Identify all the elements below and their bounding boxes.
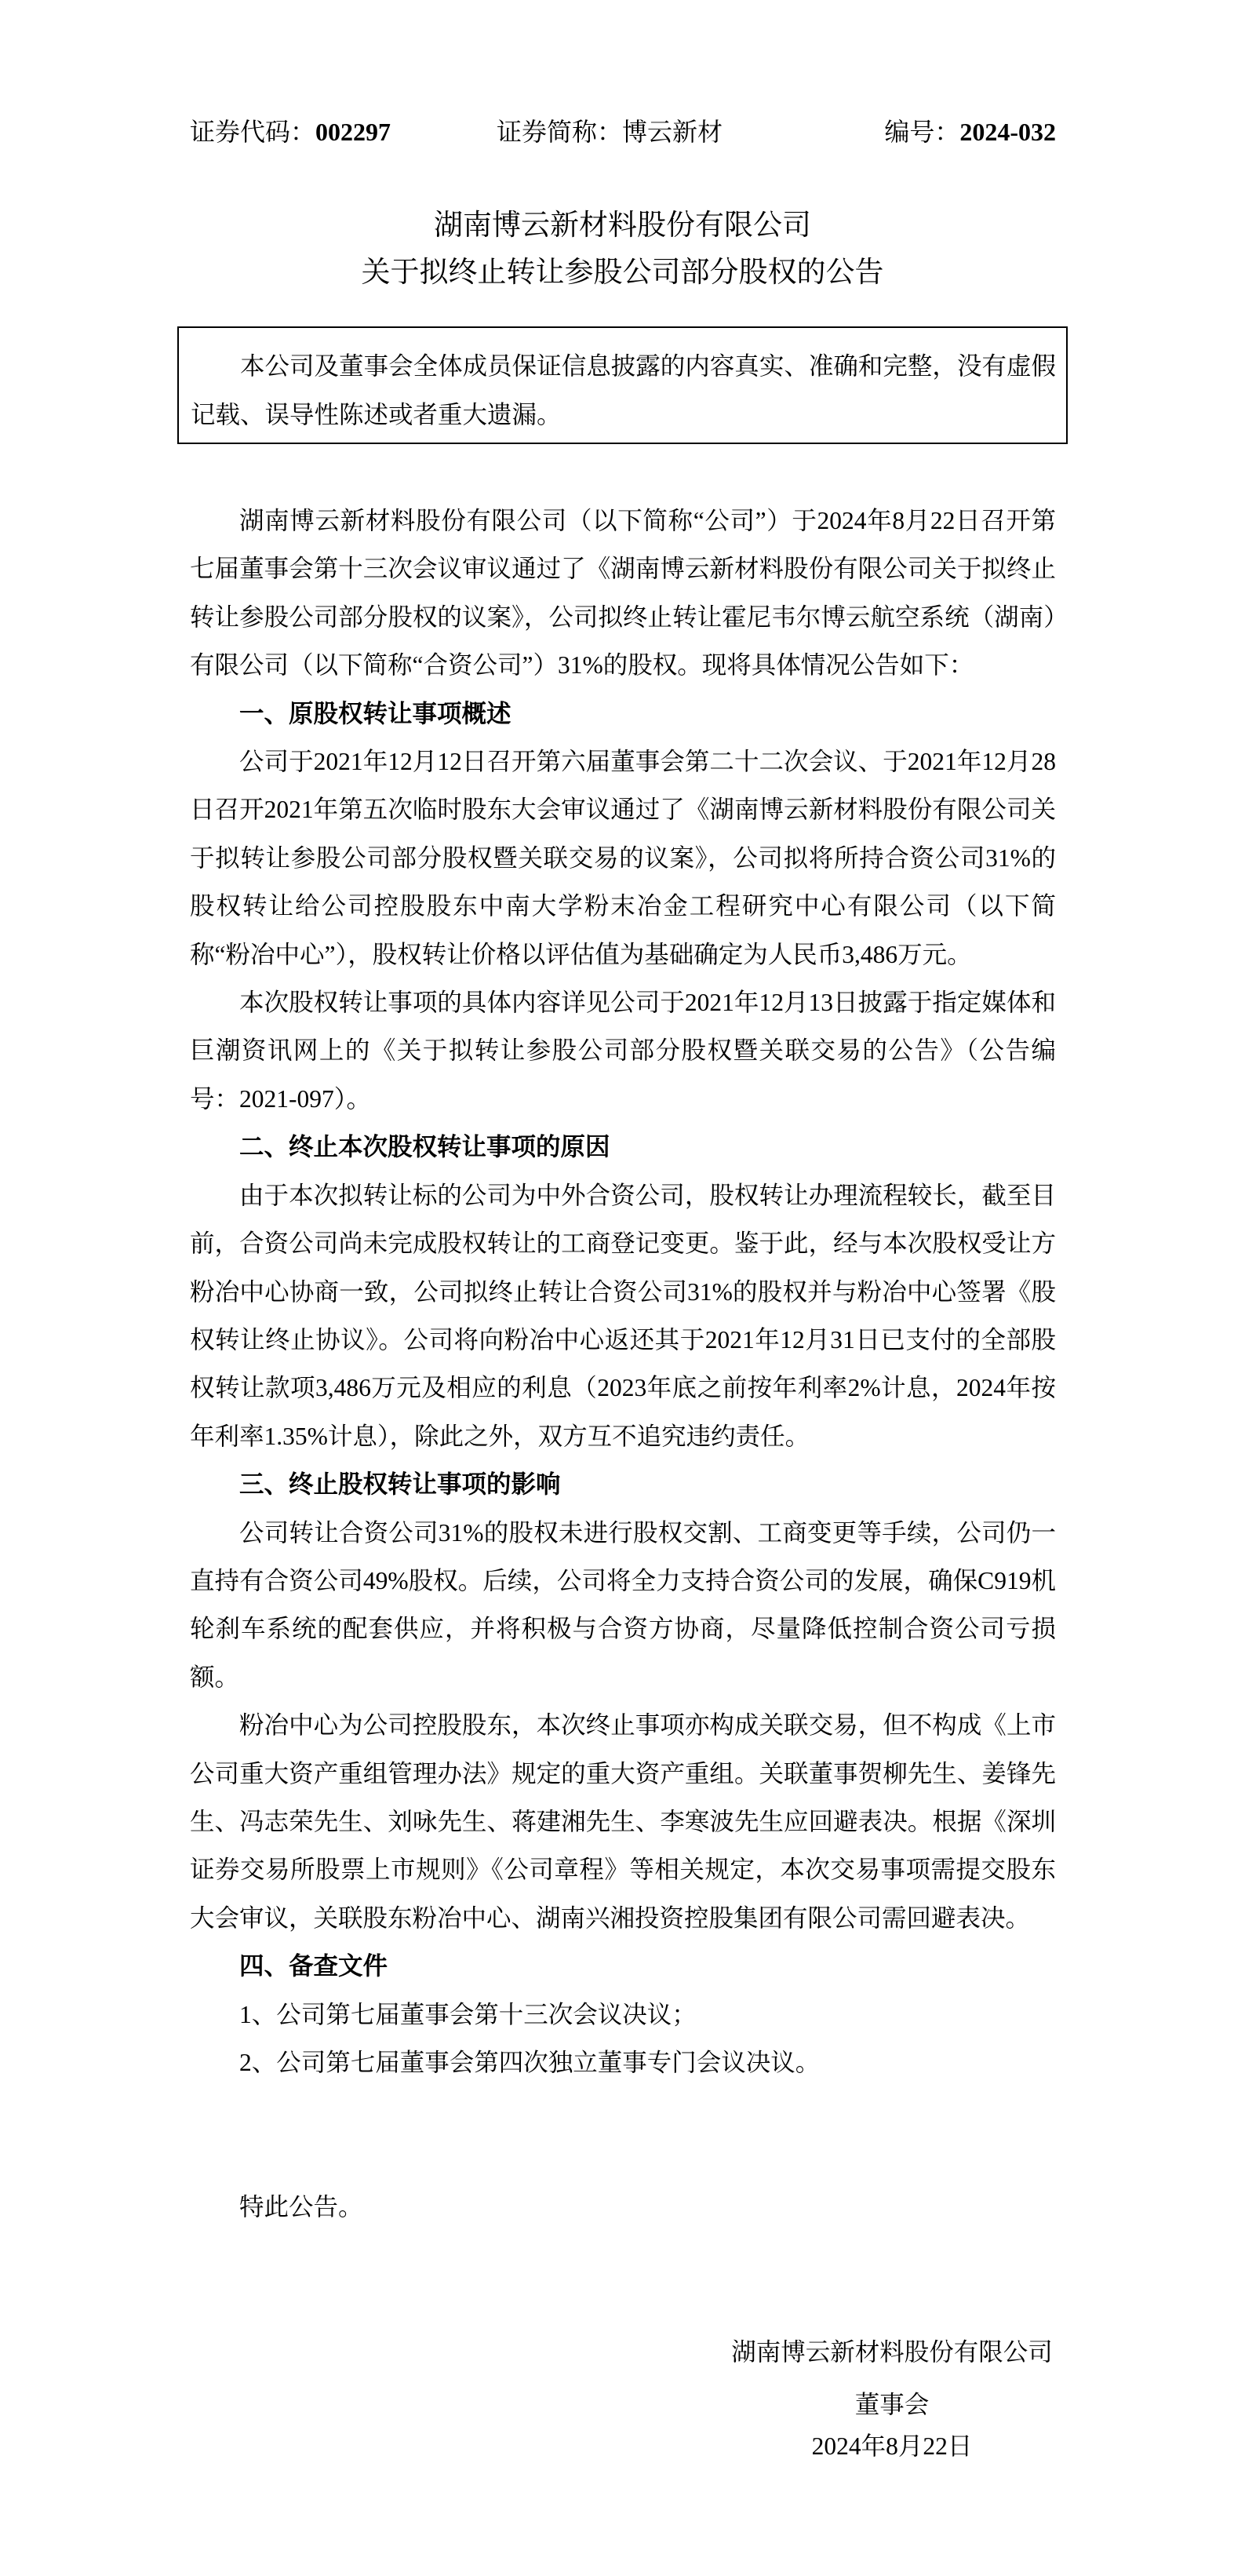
- security-code-value: 002297: [315, 118, 391, 146]
- signature-company: 湖南博云新材料股份有限公司: [730, 2337, 1054, 2368]
- reference-document-1: 1、公司第七届董事会第十三次会议决议；: [190, 1991, 1056, 2039]
- security-abbreviation-value: 博云新材: [622, 118, 723, 146]
- signature-date: 2024年8月22日: [730, 2431, 1054, 2462]
- security-abbreviation-label: 证券简称：: [497, 118, 622, 146]
- announcement-body: 湖南博云新材料股份有限公司（以下简称“公司”）于2024年8月22日召开第七届董…: [190, 497, 1056, 2232]
- section-1-paragraph-2: 本次股权转让事项的具体内容详见公司于2021年12月13日披露于指定媒体和巨潮资…: [190, 978, 1056, 1123]
- intro-paragraph: 湖南博云新材料股份有限公司（以下简称“公司”）于2024年8月22日召开第七届董…: [190, 497, 1056, 690]
- section-heading-3: 三、终止股权转让事项的影响: [190, 1460, 1056, 1508]
- section-3-paragraph-1: 公司转让合资公司31%的股权未进行股权交割、工商变更等手续，公司仍一直持有合资公…: [190, 1509, 1056, 1702]
- security-code: 证券代码：002297: [190, 115, 391, 149]
- disclaimer-text: 本公司及董事会全体成员保证信息披露的内容真实、准确和完整，没有虚假记载、误导性陈…: [191, 342, 1056, 439]
- document-header: 证券代码：002297 证券简称：博云新材 编号：2024-032: [190, 115, 1056, 149]
- section-2-paragraph-1: 由于本次拟转让标的公司为中外合资公司，股权转让办理流程较长，截至目前，合资公司尚…: [190, 1171, 1056, 1460]
- security-abbreviation: 证券简称：博云新材: [497, 115, 723, 149]
- reference-document-2: 2、公司第七届董事会第四次独立董事专门会议决议。: [190, 2039, 1056, 2086]
- disclaimer-box: 本公司及董事会全体成员保证信息披露的内容真实、准确和完整，没有虚假记载、误导性陈…: [177, 326, 1068, 444]
- announcement-number-value: 2024-032: [959, 118, 1056, 146]
- security-code-label: 证券代码：: [190, 118, 315, 146]
- closing-statement: 特此公告。: [190, 2183, 1056, 2231]
- announcement-number-label: 编号：: [884, 118, 959, 146]
- company-title: 湖南博云新材料股份有限公司: [0, 207, 1245, 245]
- announcement-number: 编号：2024-032: [884, 115, 1056, 149]
- section-heading-1: 一、原股权转让事项概述: [190, 690, 1056, 738]
- spacer: [190, 2086, 1056, 2183]
- announcement-page: 证券代码：002297 证券简称：博云新材 编号：2024-032 湖南博云新材…: [0, 0, 1245, 2576]
- section-heading-2: 二、终止本次股权转让事项的原因: [190, 1123, 1056, 1171]
- signature-board: 董事会: [730, 2389, 1054, 2421]
- announcement-title: 关于拟终止转让参股公司部分股权的公告: [0, 254, 1245, 292]
- section-heading-4: 四、备查文件: [190, 1942, 1056, 1990]
- section-3-paragraph-2: 粉冶中心为公司控股股东，本次终止事项亦构成关联交易，但不构成《上市公司重大资产重…: [190, 1701, 1056, 1942]
- section-1-paragraph-1: 公司于2021年12月12日召开第六届董事会第二十二次会议、于2021年12月2…: [190, 738, 1056, 978]
